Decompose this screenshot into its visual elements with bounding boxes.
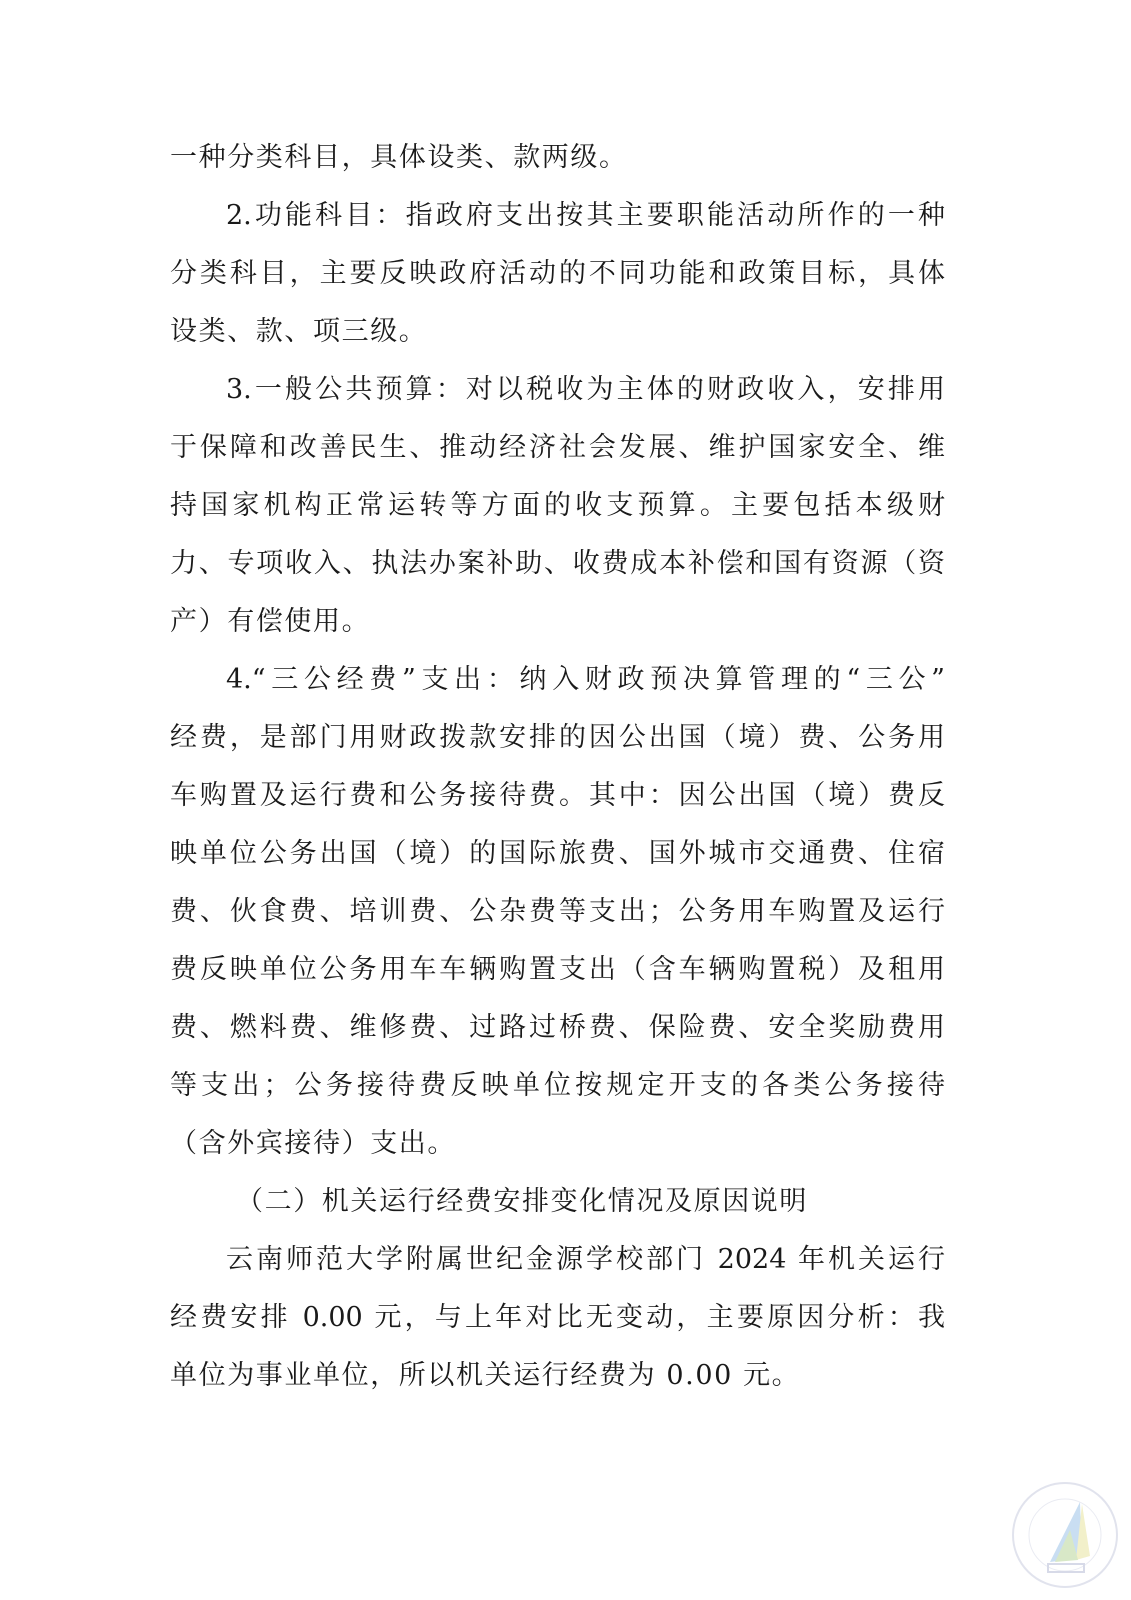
- text-line-3: 分类科目，主要反映政府活动的不同功能和政策目标，具体: [170, 254, 945, 294]
- text-line-11: 经费，是部门用财政拨款安排的因公出国（境）费、公务用: [170, 718, 945, 758]
- text-line-14: 费、伙食费、培训费、公杂费等支出；公务用车购置及运行: [170, 892, 945, 932]
- text-line-18: （含外宾接待）支出。: [170, 1124, 456, 1164]
- text-line-15: 费反映单位公务用车车辆购置支出（含车辆购置税）及租用: [170, 950, 945, 990]
- text-line-6: 于保障和改善民生、推动经济社会发展、维护国家安全、维: [170, 428, 945, 468]
- text-line-4: 设类、款、项三级。: [170, 312, 427, 352]
- text-line-22: 单位为事业单位，所以机关运行经费为 0.00 元。: [170, 1356, 800, 1396]
- section-heading: （二）机关运行经费安排变化情况及原因说明: [236, 1182, 808, 1222]
- text-line-5: 3.一般公共预算：对以税收为主体的财政收入，安排用: [226, 370, 945, 410]
- text-line-10: 4.“三公经费”支出：纳入财政预决算管理的“三公”: [226, 660, 945, 700]
- text-line-1: 一种分类科目，具体设类、款两级。: [170, 138, 628, 178]
- text-line-21: 经费安排 0.00 元，与上年对比无变动，主要原因分析：我: [170, 1298, 945, 1338]
- text-line-12: 车购置及运行费和公务接待费。其中：因公出国（境）费反: [170, 776, 945, 816]
- text-line-2: 2.功能科目：指政府支出按其主要职能活动所作的一种: [226, 196, 945, 236]
- school-seal-sailboat-icon: [1010, 1480, 1120, 1590]
- text-line-8: 力、专项收入、执法办案补助、收费成本补偿和国有资源（资: [170, 544, 945, 584]
- text-line-7: 持国家机构正常运转等方面的收支预算。主要包括本级财: [170, 486, 945, 526]
- text-line-17: 等支出；公务接待费反映单位按规定开支的各类公务接待: [170, 1066, 945, 1106]
- text-line-16: 费、燃料费、维修费、过路过桥费、保险费、安全奖励费用: [170, 1008, 945, 1048]
- text-line-20: 云南师范大学附属世纪金源学校部门 2024 年机关运行: [226, 1240, 945, 1280]
- text-line-9: 产）有偿使用。: [170, 602, 370, 642]
- text-line-13: 映单位公务出国（境）的国际旅费、国外城市交通费、住宿: [170, 834, 945, 874]
